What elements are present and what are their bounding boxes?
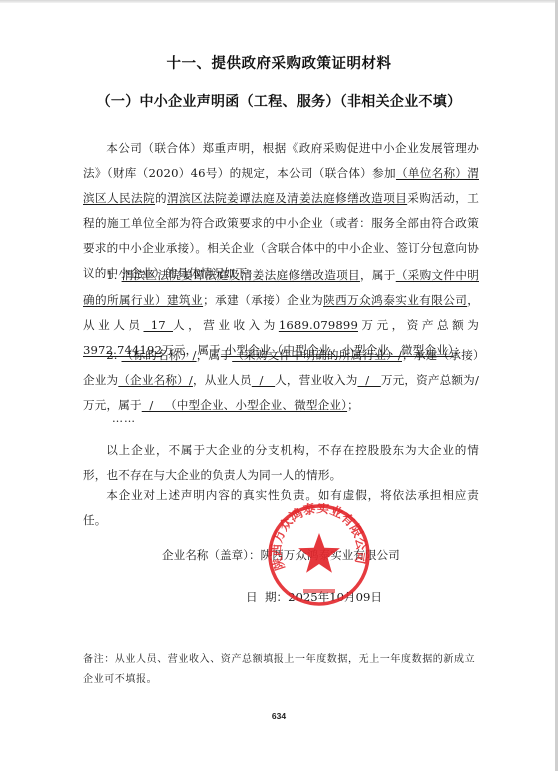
signature-line: 企业名称（盖章）：陕西万众鸿泰实业有限公司 [162, 547, 400, 563]
signature-company: 陕西万众鸿泰实业有限公司 [261, 548, 400, 562]
item1-text-belong: ，属于 [360, 268, 396, 282]
project-name: 渭滨区法院姜谭法庭及清姜法庭修缮改造项目 [167, 191, 407, 205]
page-number: 634 [0, 711, 558, 721]
item1-text-revenue: 人，营业收入为 [173, 318, 279, 332]
page-top-edge [0, 0, 558, 3]
intro-text-2: 的 [155, 191, 167, 205]
item2-company: （企业名称）/ [118, 373, 193, 387]
item1-staff: 17 [144, 318, 174, 332]
item1-text-contractor: ；承建（承接）企业为 [203, 293, 323, 307]
item2-end: ； [347, 398, 359, 412]
item2-text-belong: ，属于 [197, 348, 233, 362]
document-title: 十一、提供政府采购政策证明材料 [0, 52, 558, 73]
item2-type: / （中型企业、小型企业、微型企业） [142, 398, 347, 412]
item2-text-revenue: 人，营业收入为 [275, 373, 357, 387]
item1-project: 渭滨区法院姜谭法庭及清姜法庭修缮改造项目 [122, 268, 360, 282]
footnote: 备注：从业人员、营业收入、资产总额填报上一年度数据，无上一年度数据的新成立企业可… [83, 650, 483, 690]
item1-company: 陕西万众鸿泰实业有限公司 [323, 293, 467, 307]
item2-industry: （采购文件中明确的所属行业）/ [232, 348, 402, 362]
signature-label: 企业名称（盖章）： [162, 548, 261, 562]
item2-revenue: / [357, 373, 380, 387]
item1-text-assets: 万元，资产总额为 [358, 318, 479, 332]
item1-revenue: 1689.079899 [279, 318, 358, 332]
document-subtitle: （一）中小企业声明函（工程、服务）（非相关企业不填） [0, 91, 558, 111]
item2-text-staff: ，从业人员 [193, 373, 252, 387]
enterprise-item-2: 2. （标的名称）/，属于（采购文件中明确的所属行业）/；承建（承接）企业为（企… [83, 343, 479, 418]
item-number: 2. [106, 348, 117, 362]
item-number: 1. [106, 268, 117, 282]
date-line: 日 期：2025年10月09日 [246, 589, 382, 605]
date-value: 2025年10月09日 [288, 590, 382, 604]
item2-staff: / [252, 373, 275, 387]
item2-subject: （标的名称）/ [122, 348, 197, 362]
date-label: 日 期： [246, 590, 288, 604]
statement-truthfulness: 本企业对上述声明内容的真实性负责。如有虚假，将依法承担相应责任。 [83, 483, 479, 533]
statement-not-large-enterprise: 以上企业，不属于大企业的分支机构，不存在控股股东为大企业的情形，也不存在与大企业… [83, 438, 479, 488]
ellipsis: …… [112, 412, 136, 425]
